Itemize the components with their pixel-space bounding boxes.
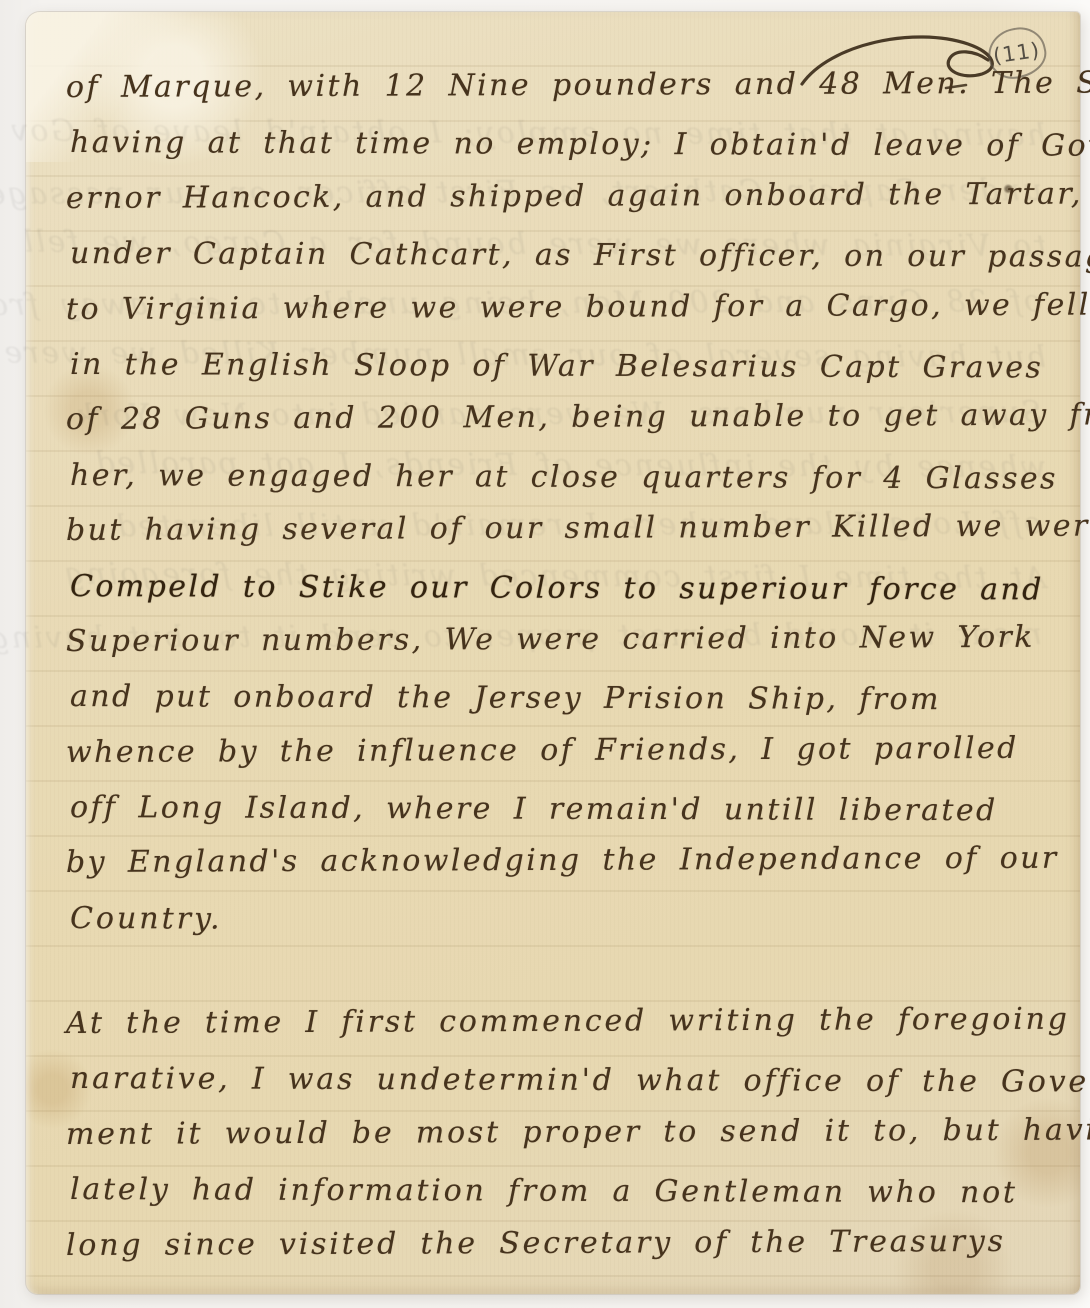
handwritten-line: by England's acknowledging the Independa… — [66, 831, 1090, 891]
handwritten-line: Country. — [70, 891, 1090, 950]
handwritten-line: At the time I first commenced writing th… — [66, 991, 1090, 1051]
paragraph-1: of Marque, with 12 Nine pounders and 48 … — [66, 60, 1090, 946]
handwritten-line: her, we engaged her at close quarters fo… — [70, 448, 1090, 507]
handwritten-line: and put onboard the Jersey Prision Ship,… — [70, 669, 1090, 728]
handwritten-line: narative, I was undetermin'd what office… — [70, 1051, 1090, 1110]
handwritten-line: to Virginia where we were bound for a Ca… — [66, 277, 1090, 337]
handwritten-line: Compeld to Stike our Colors to superiour… — [70, 559, 1090, 618]
handwritten-line: having at that time no employ; I obtain'… — [70, 115, 1090, 174]
paragraph-2: At the time I first commenced writing th… — [66, 996, 1090, 1273]
handwritten-line: under Captain Cathcart, as First officer… — [70, 226, 1090, 285]
handwritten-line: lately had information from a Gentleman … — [70, 1162, 1090, 1221]
handwritten-line: Superiour numbers, We were carried into … — [66, 609, 1090, 669]
handwritten-line: of Marque, with 12 Nine pounders and 48 … — [66, 55, 1090, 115]
handwritten-line: ment it would be most proper to send it … — [66, 1102, 1090, 1162]
scanned-document: having at that time no employ; I obtain'… — [0, 0, 1090, 1308]
handwritten-line: but having several of our small number K… — [66, 498, 1090, 558]
handwritten-line: long since visited the Secretary of the … — [66, 1213, 1090, 1273]
handwritten-line: whence by the influence of Friends, I go… — [66, 720, 1090, 780]
manuscript-page: having at that time no employ; I obtain'… — [26, 12, 1080, 1294]
handwritten-line: of 28 Guns and 200 Men, being unable to … — [66, 388, 1090, 448]
handwritten-line: ernor Hancock, and shipped again onboard… — [66, 166, 1090, 226]
